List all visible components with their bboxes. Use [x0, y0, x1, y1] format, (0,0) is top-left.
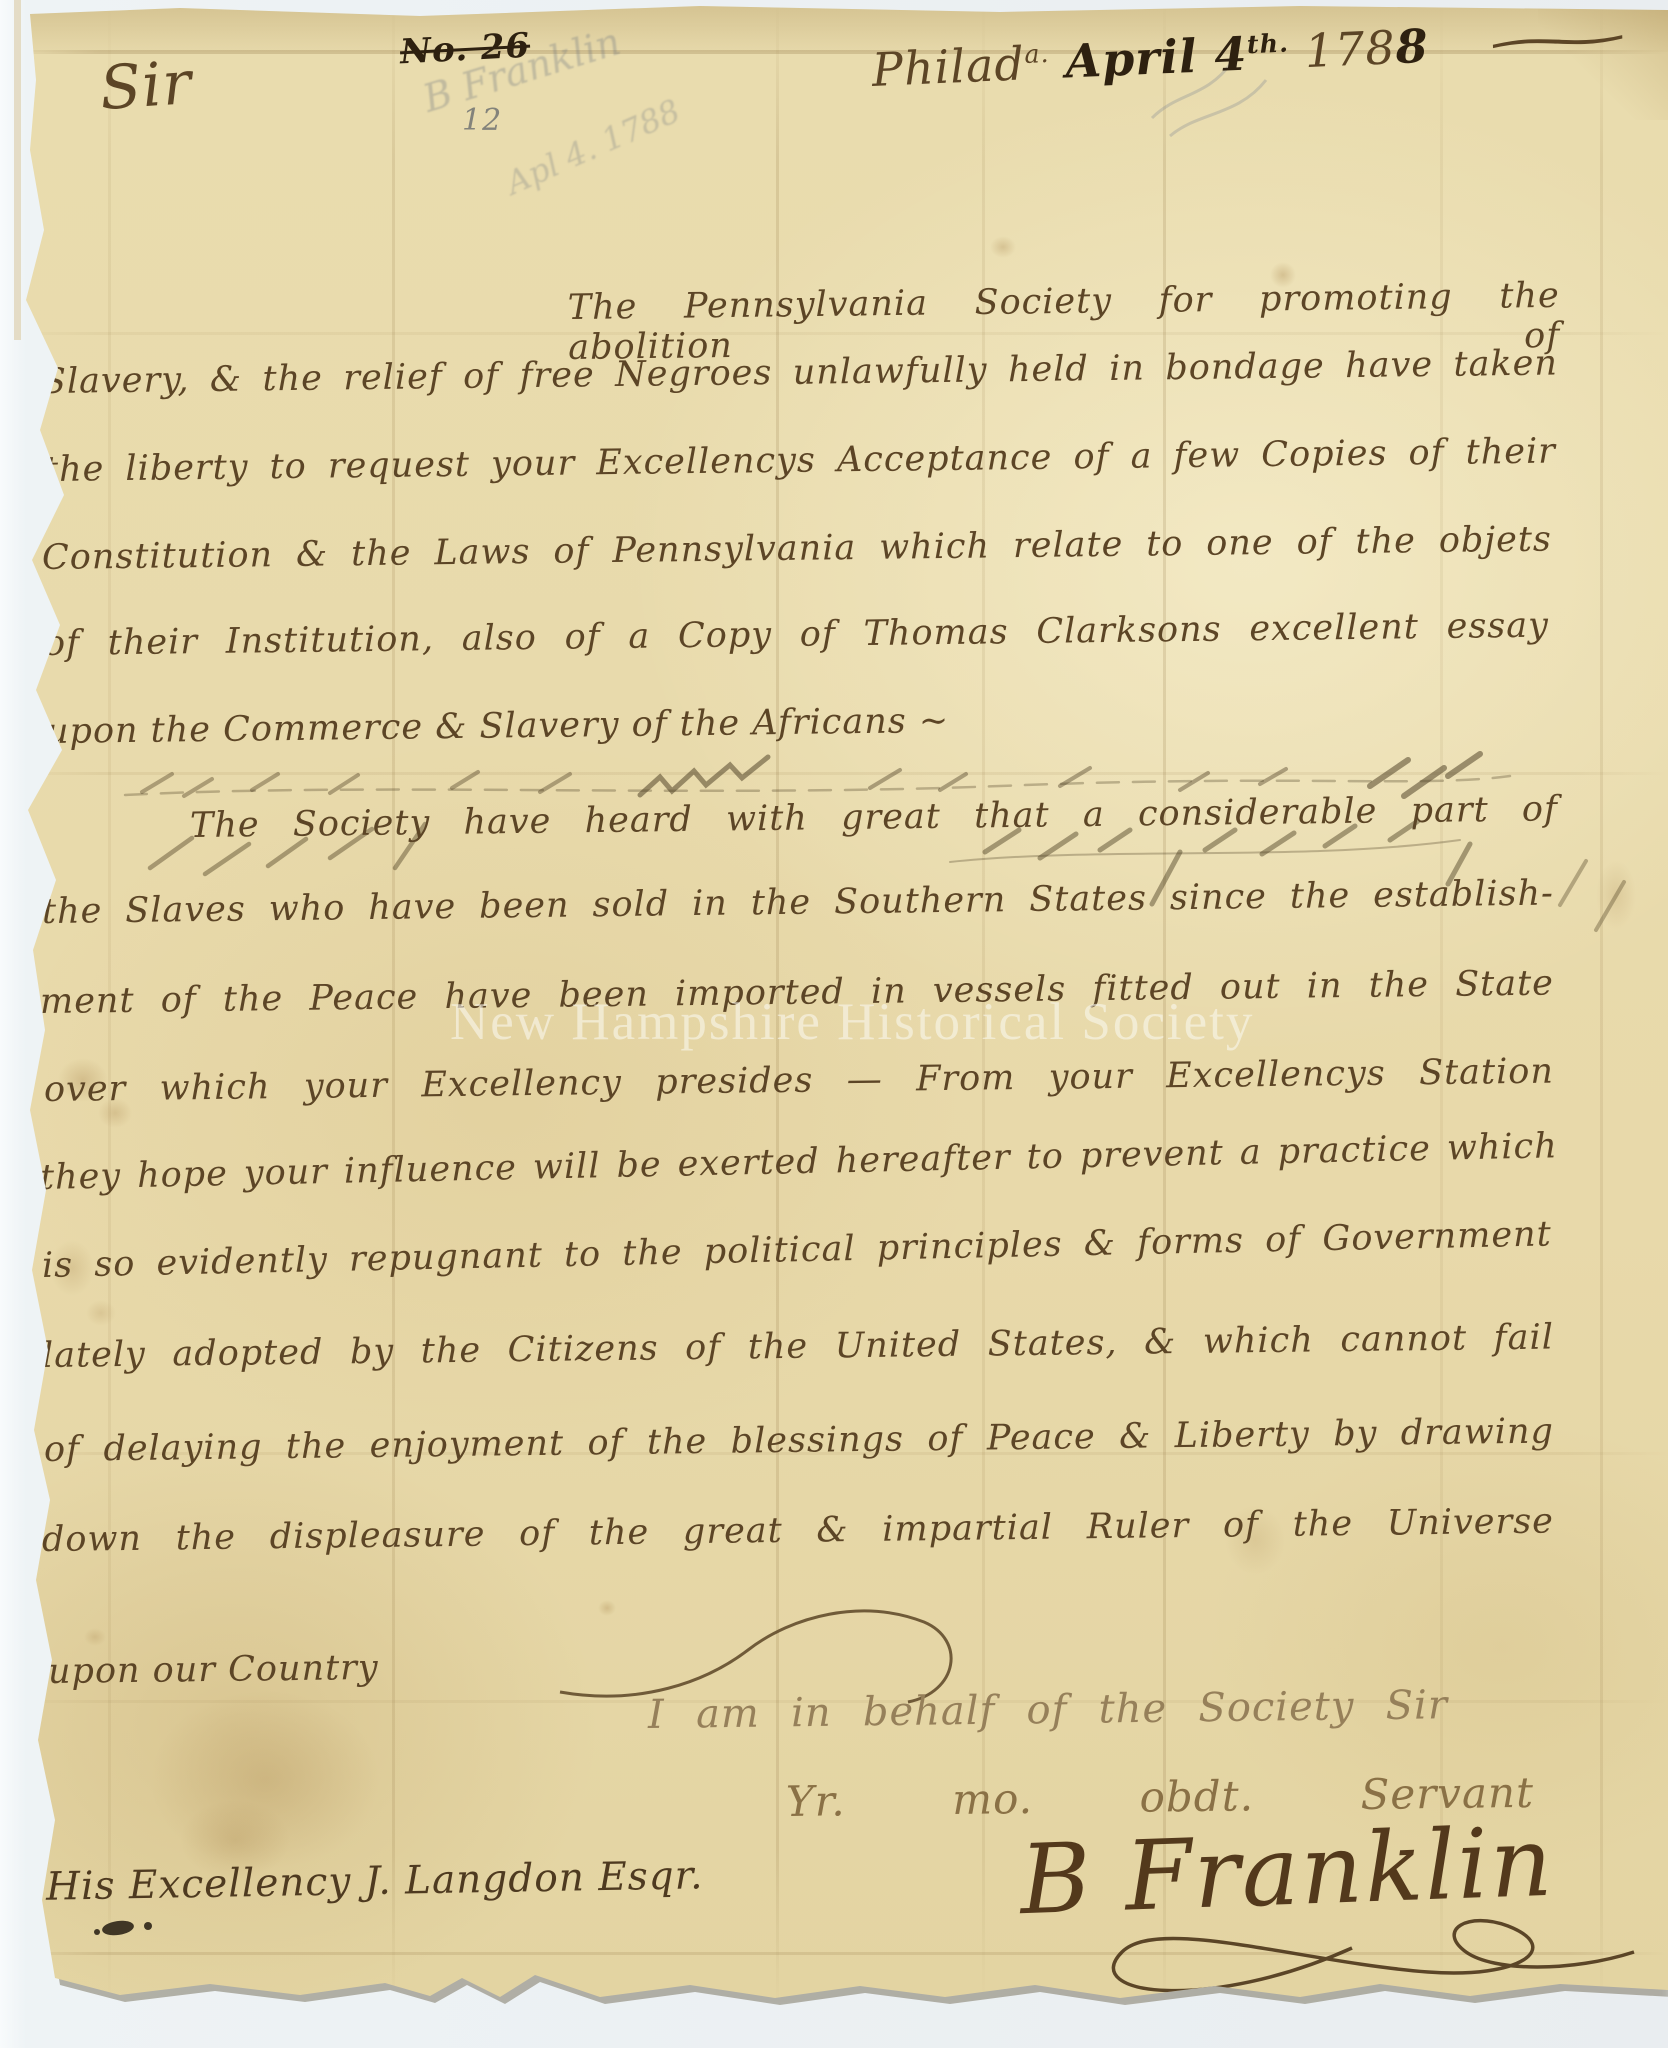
crease-line — [0, 1952, 1668, 1955]
crease-line — [0, 772, 1668, 775]
stain — [86, 1300, 116, 1326]
dateline-day-suffix: th. — [1246, 27, 1289, 59]
dateline-flourish: ~ — [1470, 10, 1650, 71]
dateline-place-suffix: a. — [1024, 39, 1050, 69]
page-edge-sliver — [14, 0, 21, 340]
body-line-5: of their Institution, also of a Copy of … — [44, 606, 1549, 665]
stain — [990, 236, 1016, 258]
watermark: New Hampshire Historical Society — [450, 992, 1254, 1052]
body-line-14: of delaying the enjoyment of the blessin… — [44, 1412, 1554, 1471]
dateline-day: April 4 — [1064, 27, 1248, 89]
body-line-3: the liberty to request your Excellencys … — [44, 432, 1556, 491]
dateline-place: Philad — [871, 36, 1026, 97]
body-line-15: down the displeasure of the great & impa… — [42, 1502, 1554, 1561]
body-line-6: upon the Commerce & Slavery of the Afric… — [46, 701, 950, 752]
stain — [84, 1628, 106, 1646]
address-line: His Excellency J. Langdon Esqr. — [46, 1854, 704, 1910]
body-line-11: they hope your influence will be exerted… — [40, 1126, 1559, 1198]
body-line-13: lately adopted by the Citizens of the Un… — [42, 1318, 1554, 1377]
signature-flourish — [1113, 1921, 1634, 1991]
body-line-2: Slavery, & the relief of free Negroes un… — [42, 343, 1558, 402]
letter-paper: Sir No. 26 12 B Franklin Apl 4. 1788 Phi… — [0, 0, 1668, 2008]
body-line-8: the Slaves who have been sold in the Sou… — [42, 874, 1554, 933]
body-line-7: The Society have heard with great that a… — [190, 789, 1558, 846]
stain — [598, 1600, 616, 1616]
stain — [1596, 860, 1636, 930]
body-line-12: is so evidently repugnant to the politic… — [42, 1214, 1553, 1286]
letter-scan: Sir No. 26 12 B Franklin Apl 4. 1788 Phi… — [0, 0, 1668, 2048]
ghost-docket-date: Apl 4. 1788 — [500, 92, 686, 202]
ink-blot — [94, 1919, 152, 1937]
crease-line — [1600, 0, 1603, 2008]
salutation: Sir — [98, 49, 195, 124]
signature: B Franklin — [1018, 1807, 1556, 1936]
dateline-year: 178 — [1304, 20, 1397, 78]
body-line-16: upon our Country — [48, 1648, 379, 1692]
closing-line-1: I am in behalf of the Society Sir — [648, 1682, 1449, 1738]
body-line-10: over which your Excellency presides — Fr… — [44, 1052, 1554, 1111]
body-line-4: Constitution & the Laws of Pennsylvania … — [42, 520, 1552, 579]
dateline-year-overwrite: 8 — [1394, 19, 1429, 74]
